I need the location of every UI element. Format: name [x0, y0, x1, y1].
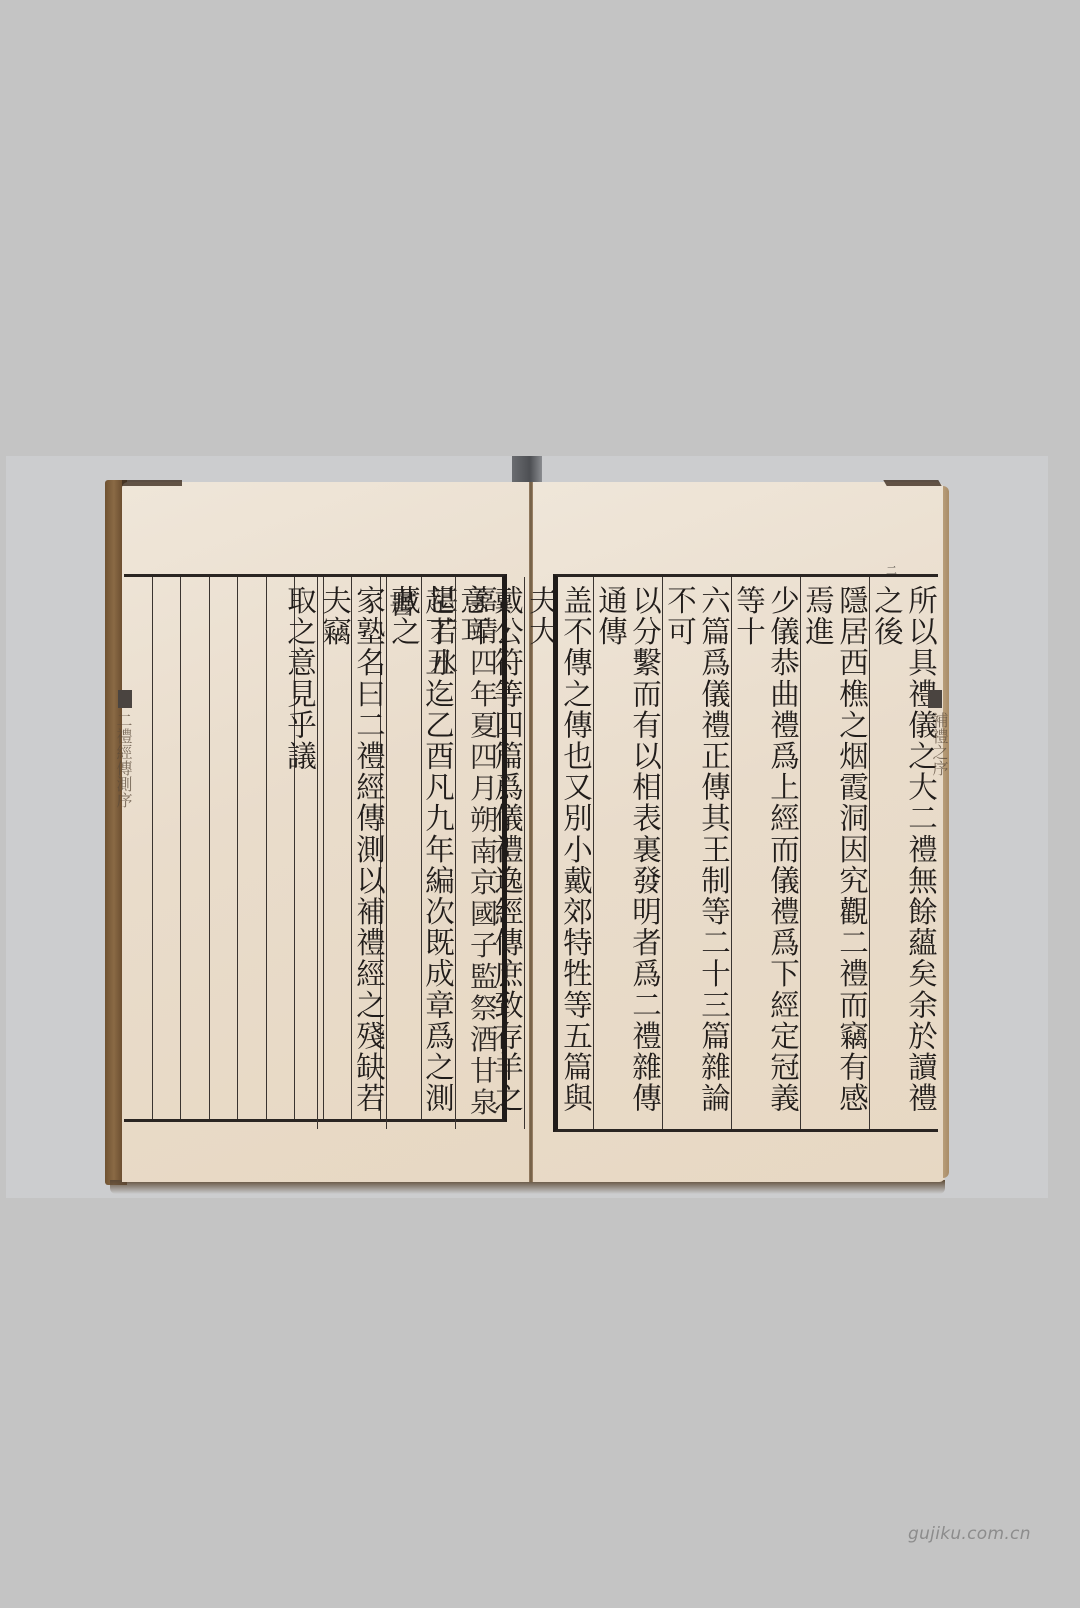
text-column: 取之意見乎議 — [283, 577, 317, 1129]
column-text: 所以具禮儀之大二禮無餘蘊矣余於讀禮之後 — [870, 585, 938, 1129]
column-text: 戴公符等四篇爲儀禮逸經傳庶致存羊之意耳 — [456, 585, 524, 1129]
empty-column — [209, 577, 238, 1119]
empty-column — [180, 577, 209, 1119]
fishtail-mark-right — [928, 690, 942, 708]
text-column: 起丁丑迄乙酉凡九年編次既成章爲之測藏之 — [386, 577, 455, 1129]
column-text: 盖不傳之傳也又別小戴郊特牲等五篇與夫大 — [525, 585, 593, 1129]
book-bottom-edge — [110, 1180, 945, 1194]
banxin-label-right: 補禮之序 — [928, 712, 951, 776]
column-text: 起丁丑迄乙酉凡九年編次既成章爲之測藏之 — [387, 585, 455, 1129]
empty-column — [152, 577, 181, 1119]
column-text: 取之意見乎議 — [283, 585, 317, 1129]
right-page-columns: 所以具禮儀之大二禮無餘蘊矣余於讀禮之後 隱居西樵之烟霞洞因究觀二禮而竊有感焉進 … — [558, 577, 938, 1129]
column-text: 家塾名曰二禮經傳測以補禮經之殘缺若夫竊 — [318, 585, 386, 1129]
banxin-label-left: 二禮經傳測序 — [112, 712, 135, 808]
text-column: 家塾名曰二禮經傳測以補禮經之殘缺若夫竊 — [317, 577, 386, 1129]
text-column: 六篇爲儀禮正傳其王制等二十三篇雜論不可 — [662, 577, 731, 1129]
right-page-top-wear — [883, 480, 941, 486]
text-column: 盖不傳之傳也又別小戴郊特牲等五篇與夫大 — [524, 577, 593, 1129]
text-column: 少儀恭曲禮爲上經而儀禮爲下經定冠義等十 — [731, 577, 800, 1129]
right-page-frame: 所以具禮儀之大二禮無餘蘊矣余於讀禮之後 隱居西樵之烟霞洞因究觀二禮而竊有感焉進 … — [553, 574, 938, 1132]
text-column: 所以具禮儀之大二禮無餘蘊矣余於讀禮之後 — [869, 577, 938, 1129]
empty-column — [124, 577, 152, 1119]
text-column: 戴公符等四篇爲儀禮逸經傳庶致存羊之意耳 — [455, 577, 524, 1129]
text-column: 以分繫而有以相表裏發明者爲二禮雜傳通傳 — [593, 577, 662, 1129]
column-text: 以分繫而有以相表裏發明者爲二禮雜傳通傳 — [594, 585, 662, 1129]
column-text: 六篇爲儀禮正傳其王制等二十三篇雜論不可 — [663, 585, 731, 1129]
left-page-top-wear — [122, 480, 182, 486]
watermark: gujiku.com.cn — [908, 1524, 1031, 1544]
fishtail-mark-left — [118, 690, 132, 708]
column-text: 隱居西樵之烟霞洞因究觀二禮而竊有感焉進 — [801, 585, 869, 1129]
text-column: 隱居西樵之烟霞洞因究觀二禮而竊有感焉進 — [800, 577, 869, 1129]
column-text: 少儀恭曲禮爲上經而儀禮爲下經定冠義等十 — [732, 585, 800, 1129]
empty-column — [237, 577, 266, 1119]
